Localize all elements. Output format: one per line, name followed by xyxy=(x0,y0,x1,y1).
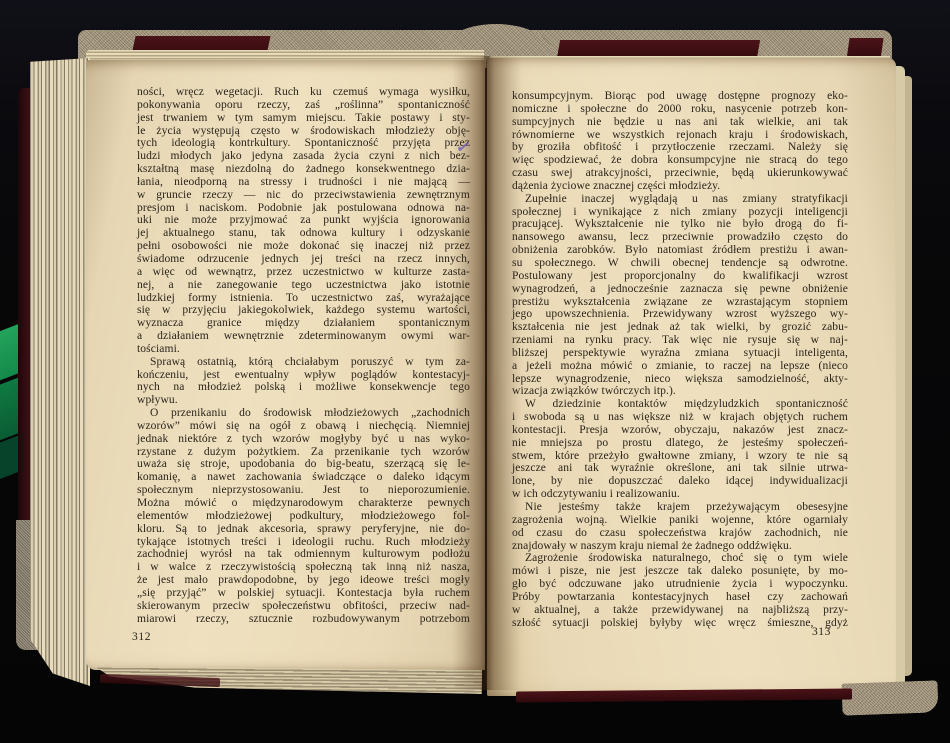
text-line: lone, by nie dopuszczać daleko idącej in… xyxy=(512,475,848,488)
text-line: społecznym nieprzystosowaniu. Jest to ni… xyxy=(137,484,470,497)
text-line: że jest mało prawdopodobne, by jego ideo… xyxy=(137,574,470,587)
text-line: ludzi młodych jako jedyna zasada życia c… xyxy=(137,150,470,163)
text-line: tościami. xyxy=(137,343,470,356)
text-line: nansowego awansu, lecz przeciwnie prowad… xyxy=(512,231,848,244)
text-line: od czasu do czasu społeczeństwa krajów z… xyxy=(512,527,848,540)
text-line: jej aktualnego stanu, tak odnowa kultury… xyxy=(137,227,470,240)
text-line: nych na młodzież polską i możliwe konsek… xyxy=(137,381,470,394)
text-line: czasu swej atrakcyjności, przeciwnie, bę… xyxy=(512,167,848,180)
text-line: pracującej. Wykształcenie nie tylko nie … xyxy=(512,218,848,231)
text-line: kończeniu, jest ewentualny wpływ poglądó… xyxy=(137,369,470,382)
text-line: kloru. Są to jednak akcesoria, sprawy pe… xyxy=(137,523,470,536)
text-line: a działaniem wewnętrznie zdeterminowanym… xyxy=(137,330,470,343)
text-line: tych ideologią kontrkultury. Spontaniczn… xyxy=(137,137,470,150)
text-line: ności, wręcz wegetacji. Ruch ku czemuś w… xyxy=(137,86,470,99)
text-line: się w przyjęciu jakiegokolwiek, każdego … xyxy=(137,304,470,317)
text-line: bliższej perspektywie wyraźna zmiana syt… xyxy=(512,347,848,360)
paragraph: Zupełnie inaczej wyglądają u nas zmiany … xyxy=(512,193,848,399)
paragraph: Nie jesteśmy także krajem przeżywającym … xyxy=(512,501,848,552)
text-line: świadome odrzucenie jednych jej treści n… xyxy=(137,253,470,266)
text-line: uki nie może przyjmować za punkt wyjścia… xyxy=(137,214,470,227)
page-number-right: 313 xyxy=(512,626,831,638)
text-line: wynagrodzeń, a jednocześnie zaznacza się… xyxy=(512,283,848,296)
text-line: uważa się stroje, upodobania do big-beat… xyxy=(137,458,470,471)
text-line: nomiczne i społeczne do 2000 roku, nasyc… xyxy=(512,103,848,116)
paragraph: konsumpcyjnym. Biorąc pod uwagę dostępne… xyxy=(512,90,848,193)
text-line: W dziedzinie kontaktów międzyludzkich sp… xyxy=(512,398,848,411)
gutter-fold-line xyxy=(486,60,487,690)
text-line: w gruncie rzeczy — nic do przeciwstawien… xyxy=(137,189,470,202)
paragraph: Zagrożenie środowiska naturalnego, choć … xyxy=(512,552,848,629)
right-page-text: konsumpcyjnym. Biorąc pod uwagę dostępne… xyxy=(512,90,848,629)
text-line: sumpcyjnych nie będzie u nas ani tak wie… xyxy=(512,116,848,129)
text-line: lepsze wynagrodzenie, nieco większa samo… xyxy=(512,373,848,386)
text-line: Nie jesteśmy także krajem przeżywającym … xyxy=(512,501,848,514)
left-page-text: ności, wręcz wegetacji. Ruch ku czemuś w… xyxy=(137,86,470,625)
text-line: O przenikaniu do środowisk młodzieżowych… xyxy=(137,407,470,420)
text-line: kontestacji. Presja wzorów, obyczaju, na… xyxy=(512,424,848,437)
paragraph: ności, wręcz wegetacji. Ruch ku czemuś w… xyxy=(137,86,470,356)
text-line: w aktualnej, a także przewidywanej na na… xyxy=(512,604,848,617)
text-line: konsumpcyjnym. Biorąc pod uwagę dostępne… xyxy=(512,90,848,103)
text-line: mówi i pisze, nie jest jeszcze tak dalek… xyxy=(512,565,848,578)
fanned-page-edges-left xyxy=(30,58,90,686)
text-line: presjom i naciskom. Podobnie jak postulo… xyxy=(137,202,470,215)
text-line: łania, nieodporną na stressy i trudności… xyxy=(137,176,470,189)
text-line: jest trwaniem w tym samym miejscu. Takie… xyxy=(137,112,470,125)
text-line: dążenia życiowe znacznej części młodzież… xyxy=(512,180,848,193)
paragraph: Sprawą ostatnią, którą chciałabym porusz… xyxy=(137,356,470,407)
text-line: społecznej i wynikające z nich zmiany po… xyxy=(512,206,848,219)
text-line: gło być odczuwane jako utrudnienie życia… xyxy=(512,578,848,591)
text-line: Zagrożenie środowiska naturalnego, choć … xyxy=(512,552,848,565)
text-line: „się przyjąć” w polskiej sytuacji. Konte… xyxy=(137,587,470,600)
book-photo-scene: ności, wręcz wegetacji. Ruch ku czemuś w… xyxy=(0,0,950,743)
text-line: stwem, które przeżyło gwałtowne zmiany, … xyxy=(512,450,848,463)
text-line: wyznacza granice między działaniem spont… xyxy=(137,317,470,330)
text-line: wpływu. xyxy=(137,394,470,407)
text-line: tykające istotnych treści i ideologii ru… xyxy=(137,536,470,549)
text-line: a jeżeli można mówić o zmianie, to racze… xyxy=(512,360,848,373)
text-line: Zupełnie inaczej wyglądają u nas zmiany … xyxy=(512,193,848,206)
text-line: Postulowany jest proporcjonalny do kwali… xyxy=(512,270,848,283)
text-line: kształcenia nie jest jednak aż tak wielk… xyxy=(512,321,848,334)
text-line: jego upowszechnienia. Przewidywany wzros… xyxy=(512,308,848,321)
text-line: w ich odczytywaniu i realizowaniu. xyxy=(512,488,848,501)
text-line: zachodniej wyrósł na tak odmiennym kultu… xyxy=(137,548,470,561)
text-line: rzystane z dużym pożytkiem. Za przenikan… xyxy=(137,446,470,459)
text-line: wizacja związków twórczych itp.). xyxy=(512,385,848,398)
text-line: kształtną masę niezdolną do żadnego kons… xyxy=(137,163,470,176)
text-line: więc spodziewać, że dobra konsumpcyjne n… xyxy=(512,154,848,167)
text-line: nej, a nie zanegowanie tego uczestnictwa… xyxy=(137,279,470,292)
text-line: i swoboda są u nas większe niż w krajach… xyxy=(512,411,848,424)
text-line: zagrożenia wojną. Wielkie paniki wojenne… xyxy=(512,514,848,527)
text-line: nie mniejsza po prostu dlatego, że jeste… xyxy=(512,437,848,450)
text-line: Próby powtarzania kontestacyjnych haseł … xyxy=(512,591,848,604)
text-line: jeszcze ani tak wyraźnie określone, ani … xyxy=(512,462,848,475)
text-line: skierowanym przeciw społeczeństwu obfito… xyxy=(137,600,470,613)
text-line: by groziła obfitość i przytłoczenie rzec… xyxy=(512,141,848,154)
text-line: le życia występują często w środowiskach… xyxy=(137,125,470,138)
text-line: a więc od wewnątrz, przez uczestnictwo w… xyxy=(137,266,470,279)
text-line: znajdowały w naszym kraju niemal że żadn… xyxy=(512,540,848,553)
text-line: su społecznego. W chwili obecnej tendenc… xyxy=(512,257,848,270)
under-page-edge xyxy=(896,66,905,688)
text-line: jednak niektóre z tych wzorów mogłyby by… xyxy=(137,433,470,446)
text-line: pokonywania oporu rzeczy, zaś „roślinna”… xyxy=(137,99,470,112)
text-line: miarowi rzeczy, sztucznie rozbudowywanym… xyxy=(137,613,470,626)
text-line: ludzkiej formy istnienia. To uczestnictw… xyxy=(137,292,470,305)
text-line: Sprawą ostatnią, którą chciałabym porusz… xyxy=(137,356,470,369)
text-line: wzorów” mówi się na ogół z obawą i niech… xyxy=(137,420,470,433)
text-line: rzeniami na rynku pracy. Tak więc nie ry… xyxy=(512,334,848,347)
text-line: równomierne we wszystkich rejonach kraju… xyxy=(512,129,848,142)
paragraph: O przenikaniu do środowisk młodzieżowych… xyxy=(137,407,470,625)
cover-maroon-bottom-strip xyxy=(516,689,852,703)
text-line: elementów młodzieżowej podkultury, młodz… xyxy=(137,510,470,523)
text-line: Można mówić o międzynarodowym charakterz… xyxy=(137,497,470,510)
text-line: i w walce z rzeczywistością społeczną ta… xyxy=(137,561,470,574)
text-line: pełni osobowości nie może dokonać się in… xyxy=(137,240,470,253)
text-line: prestiżu wykształcenia związane ze wzras… xyxy=(512,296,848,309)
page-number-left: 312 xyxy=(132,631,151,643)
text-line: obniżenia zarobków. Było natomiast źródł… xyxy=(512,244,848,257)
under-page-edge xyxy=(905,76,912,676)
paragraph: W dziedzinie kontaktów międzyludzkich sp… xyxy=(512,398,848,501)
text-line: komanię, a nawet zachowania świadczące o… xyxy=(137,471,470,484)
book-cover-corner-bottom-right xyxy=(841,680,938,715)
